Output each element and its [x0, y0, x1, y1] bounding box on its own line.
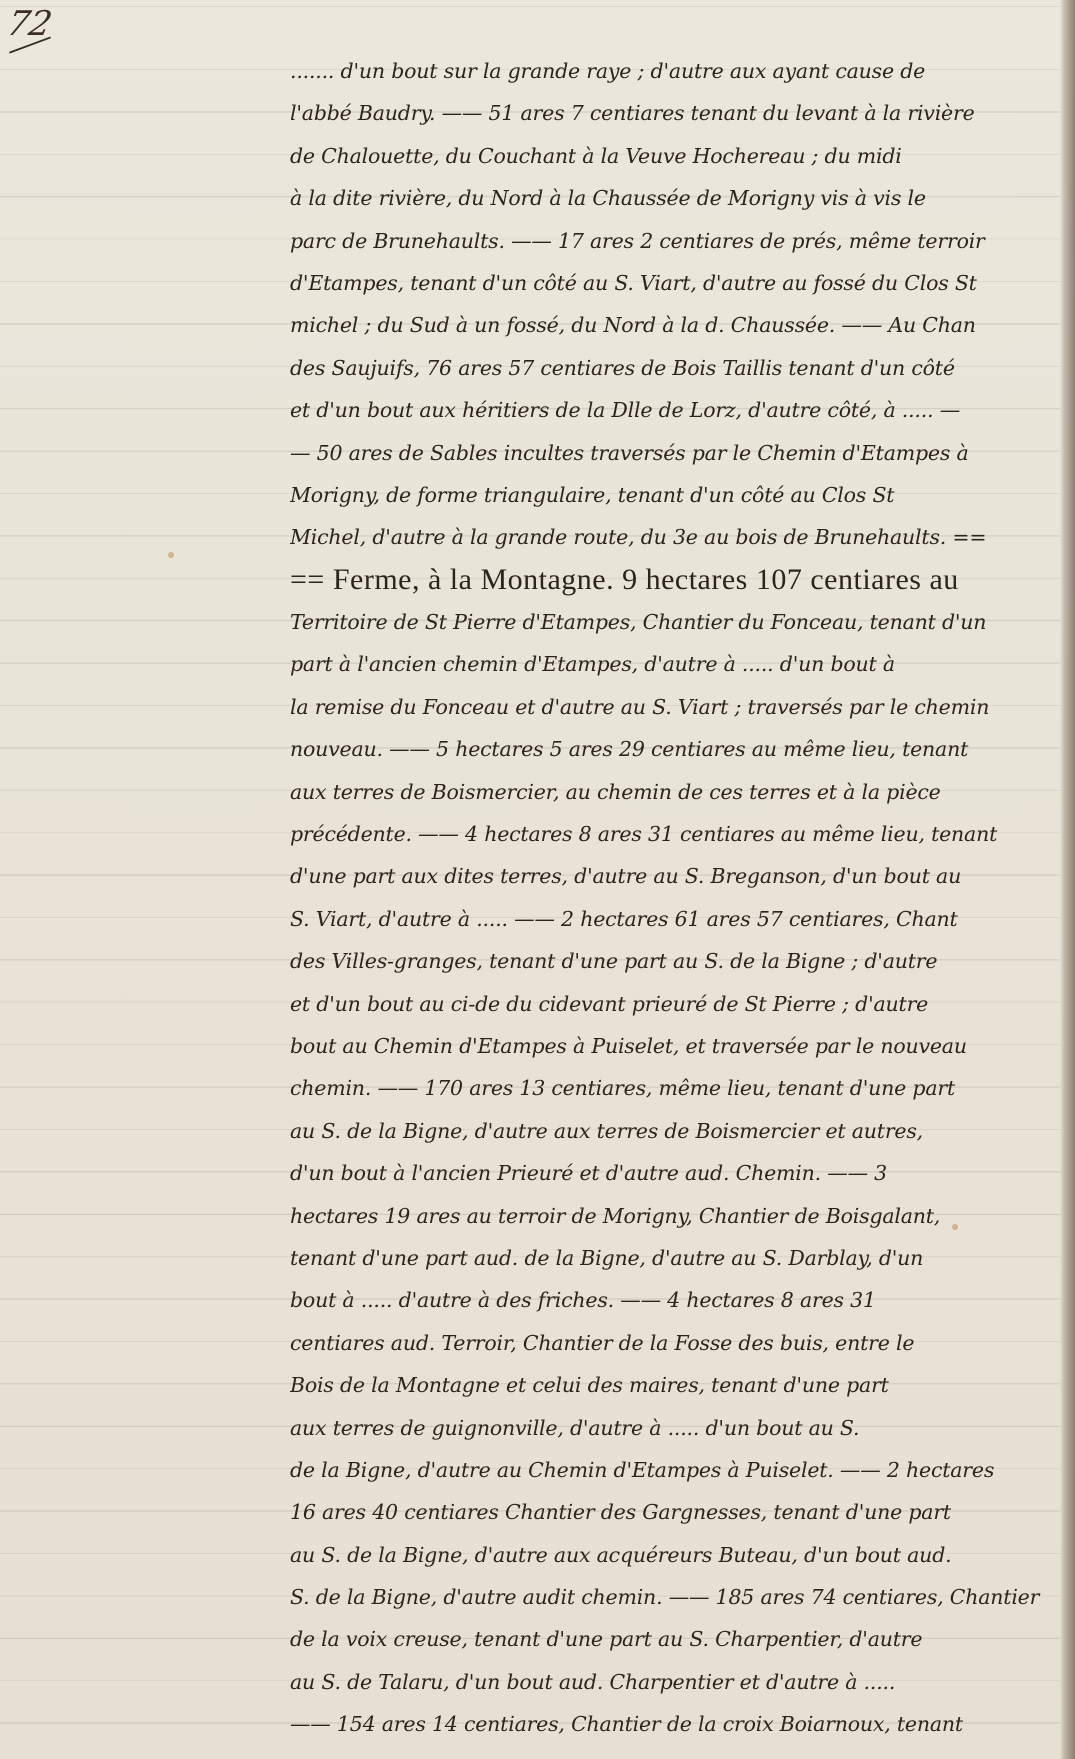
manuscript-text: ....... d'un bout sur la grande raye ; d…: [290, 50, 1070, 1746]
text-line: et d'un bout au ci-de du cidevant prieur…: [290, 983, 1070, 1025]
section-heading: == Ferme, à la Montagne. 9 hectares 107 …: [290, 563, 959, 596]
text-line: hectares 19 ares au terroir de Morigny, …: [290, 1195, 1070, 1237]
text-line: S. Viart, d'autre à ..... —— 2 hectares …: [290, 898, 1070, 940]
text-line: michel ; du Sud à un fossé, du Nord à la…: [290, 304, 1070, 346]
text-line: — 50 ares de Sables incultes traversés p…: [290, 432, 1070, 474]
text-line: centiares aud. Terroir, Chantier de la F…: [290, 1322, 1070, 1364]
text-line: d'un bout à l'ancien Prieuré et d'autre …: [290, 1152, 1070, 1194]
text-line: Territoire de St Pierre d'Etampes, Chant…: [290, 601, 1070, 643]
text-line: tenant d'une part aud. de la Bigne, d'au…: [290, 1237, 1070, 1279]
text-line: nouveau. —— 5 hectares 5 ares 29 centiar…: [290, 728, 1070, 770]
text-line: ....... d'un bout sur la grande raye ; d…: [290, 50, 1070, 92]
text-line: de Chalouette, du Couchant à la Veuve Ho…: [290, 135, 1070, 177]
text-line: d'une part aux dites terres, d'autre au …: [290, 855, 1070, 897]
manuscript-page: 72 ....... d'un bout sur la grande raye …: [0, 0, 1075, 1759]
text-line: Morigny, de forme triangulaire, tenant d…: [290, 474, 1070, 516]
text-line: aux terres de guignonville, d'autre à ..…: [290, 1407, 1070, 1449]
text-line: part à l'ancien chemin d'Etampes, d'autr…: [290, 643, 1070, 685]
text-line: de la voix creuse, tenant d'une part au …: [290, 1618, 1070, 1660]
text-line: de la Bigne, d'autre au Chemin d'Etampes…: [290, 1449, 1070, 1491]
text-line: des Villes-granges, tenant d'une part au…: [290, 940, 1070, 982]
text-line: Michel, d'autre à la grande route, du 3e…: [290, 516, 1070, 558]
text-line: parc de Brunehaults. —— 17 ares 2 centia…: [290, 220, 1070, 262]
text-line: la remise du Fonceau et d'autre au S. Vi…: [290, 686, 1070, 728]
text-line: au S. de la Bigne, d'autre aux acquéreur…: [290, 1534, 1070, 1576]
text-line: Bois de la Montagne et celui des maires,…: [290, 1364, 1070, 1406]
text-line: précédente. —— 4 hectares 8 ares 31 cent…: [290, 813, 1070, 855]
text-line: bout à ..... d'autre à des friches. —— 4…: [290, 1279, 1070, 1321]
text-line: au S. de Talaru, d'un bout aud. Charpent…: [290, 1661, 1070, 1703]
text-line: 16 ares 40 centiares Chantier des Gargne…: [290, 1491, 1070, 1533]
text-line: —— 154 ares 14 centiares, Chantier de la…: [290, 1703, 1070, 1745]
section-heading-line: == Ferme, à la Montagne. 9 hectares 107 …: [290, 559, 1070, 601]
text-line: au S. de la Bigne, d'autre aux terres de…: [290, 1110, 1070, 1152]
text-line: bout au Chemin d'Etampes à Puiselet, et …: [290, 1025, 1070, 1067]
text-line: chemin. —— 170 ares 13 centiares, même l…: [290, 1067, 1070, 1109]
text-line: aux terres de Boismercier, au chemin de …: [290, 771, 1070, 813]
page-number: 72: [4, 4, 56, 44]
text-line: S. de la Bigne, d'autre audit chemin. ——…: [290, 1576, 1070, 1618]
paper-stain: [168, 552, 174, 558]
text-line: des Saujuifs, 76 ares 57 centiares de Bo…: [290, 347, 1070, 389]
text-line: d'Etampes, tenant d'un côté au S. Viart,…: [290, 262, 1070, 304]
text-line: l'abbé Baudry. —— 51 ares 7 centiares te…: [290, 92, 1070, 134]
text-line: et d'un bout aux héritiers de la Dlle de…: [290, 389, 1070, 431]
text-line: à la dite rivière, du Nord à la Chaussée…: [290, 177, 1070, 219]
